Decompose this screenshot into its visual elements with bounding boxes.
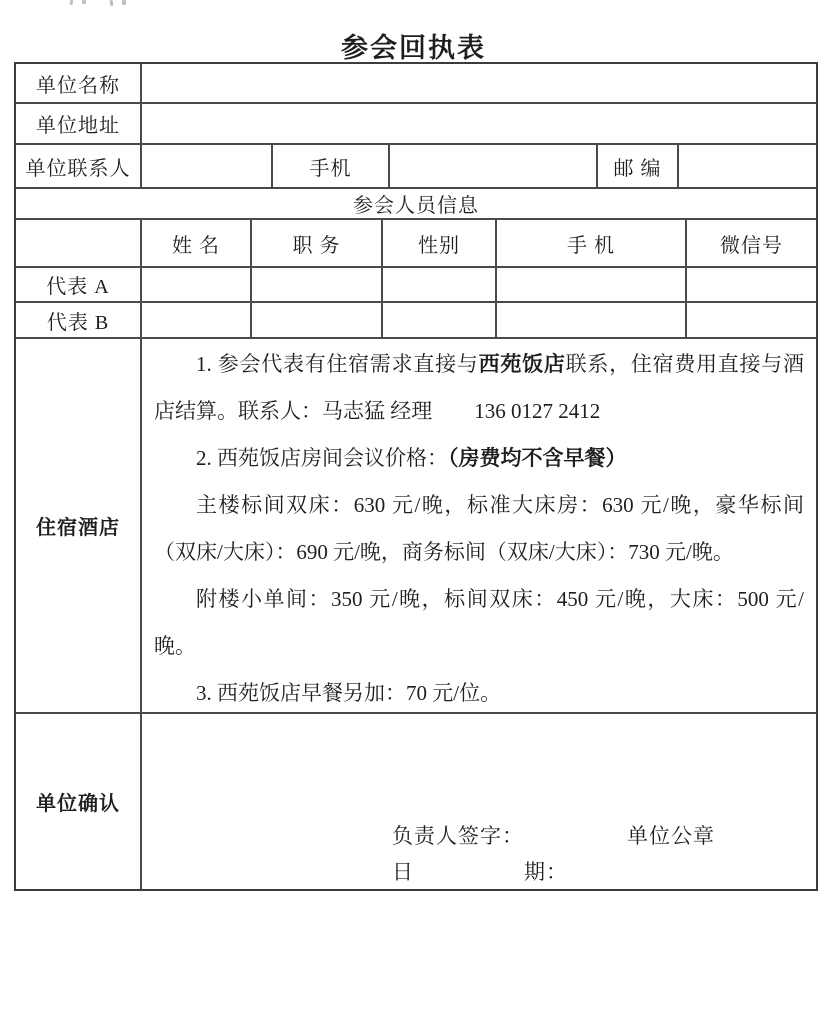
hotel-row-label: 住宿酒店	[16, 339, 142, 712]
unit-name-field[interactable]	[142, 64, 816, 102]
hotel-note-1-text: 1. 参会代表有住宿需求直接与	[196, 352, 479, 376]
breakfast-note-bold: （房费均不含早餐）	[448, 446, 627, 470]
delegate-a-position-field[interactable]	[252, 268, 383, 301]
seal-label: 单位公章	[627, 820, 715, 850]
scan-artifact	[66, 0, 146, 7]
contact-mobile-field[interactable]	[390, 145, 598, 187]
header-wechat: 微信号	[687, 220, 816, 266]
participants-corner-cell	[16, 220, 142, 266]
unit-contact-field[interactable]	[142, 145, 273, 187]
delegate-a-wechat-field[interactable]	[687, 268, 816, 301]
participants-section-row: 参会人员信息	[16, 189, 816, 220]
header-gender: 性别	[383, 220, 497, 266]
hotel-note-3: 主楼标间双床：630 元/晚，标准大床房：630 元/晚，豪华标间（双床/大床）…	[154, 482, 804, 576]
delegate-b-gender-field[interactable]	[383, 303, 497, 337]
unit-name-row: 单位名称	[16, 64, 816, 104]
hotel-note-2-text: 2. 西苑饭店房间会议价格：	[196, 446, 448, 470]
delegate-a-label: 代表 A	[16, 268, 142, 301]
header-mobile: 手 机	[497, 220, 687, 266]
confirmation-area[interactable]: 负责人签字： 单位公章 日 期：	[142, 714, 816, 889]
delegate-a-row: 代表 A	[16, 268, 816, 303]
delegate-b-wechat-field[interactable]	[687, 303, 816, 337]
hotel-row: 住宿酒店 1. 参会代表有住宿需求直接与西苑饭店联系，住宿费用直接与酒店结算。联…	[16, 339, 816, 714]
confirmation-row: 单位确认 负责人签字： 单位公章 日 期：	[16, 714, 816, 889]
confirmation-row-label: 单位确认	[16, 714, 142, 889]
delegate-b-row: 代表 B	[16, 303, 816, 339]
participants-header-row: 姓 名 职 务 性别 手 机 微信号	[16, 220, 816, 268]
delegate-b-name-field[interactable]	[142, 303, 252, 337]
delegate-b-label: 代表 B	[16, 303, 142, 337]
hotel-note-2: 2. 西苑饭店房间会议价格：（房费均不含早餐）	[154, 435, 804, 482]
header-name: 姓 名	[142, 220, 252, 266]
hotel-note-5: 3. 西苑饭店早餐另加：70 元/位。	[154, 670, 804, 717]
delegate-a-gender-field[interactable]	[383, 268, 497, 301]
unit-contact-label: 单位联系人	[16, 145, 142, 187]
date-label: 日 期：	[392, 856, 568, 886]
hotel-note-1: 1. 参会代表有住宿需求直接与西苑饭店联系，住宿费用直接与酒店结算。联系人：马志…	[154, 341, 804, 435]
delegate-b-position-field[interactable]	[252, 303, 383, 337]
delegate-b-mobile-field[interactable]	[497, 303, 687, 337]
unit-contact-row: 单位联系人 手机 邮 编	[16, 145, 816, 189]
hotel-name-bold: 西苑饭店	[479, 352, 566, 376]
unit-address-row: 单位地址	[16, 104, 816, 145]
postcode-field[interactable]	[679, 145, 816, 187]
unit-address-field[interactable]	[142, 104, 816, 143]
participants-section-title: 参会人员信息	[16, 189, 816, 218]
postcode-label: 邮 编	[598, 145, 679, 187]
hotel-notes: 1. 参会代表有住宿需求直接与西苑饭店联系，住宿费用直接与酒店结算。联系人：马志…	[142, 339, 816, 712]
header-position: 职 务	[252, 220, 383, 266]
unit-name-label: 单位名称	[16, 64, 142, 102]
unit-address-label: 单位地址	[16, 104, 142, 143]
hotel-note-4: 附楼小单间：350 元/晚，标间双床：450 元/晚，大床：500 元/晚。	[154, 576, 804, 670]
page-title: 参会回执表	[0, 26, 827, 65]
scanned-form-page: 参会回执表 单位名称 单位地址 单位联系人 手机 邮 编 参会人员信息 姓	[0, 0, 827, 1024]
delegate-a-mobile-field[interactable]	[497, 268, 687, 301]
contact-mobile-label: 手机	[273, 145, 390, 187]
signature-label: 负责人签字：	[392, 820, 524, 850]
reply-form-table: 单位名称 单位地址 单位联系人 手机 邮 编 参会人员信息 姓 名 职 务 性别	[14, 62, 818, 891]
delegate-a-name-field[interactable]	[142, 268, 252, 301]
